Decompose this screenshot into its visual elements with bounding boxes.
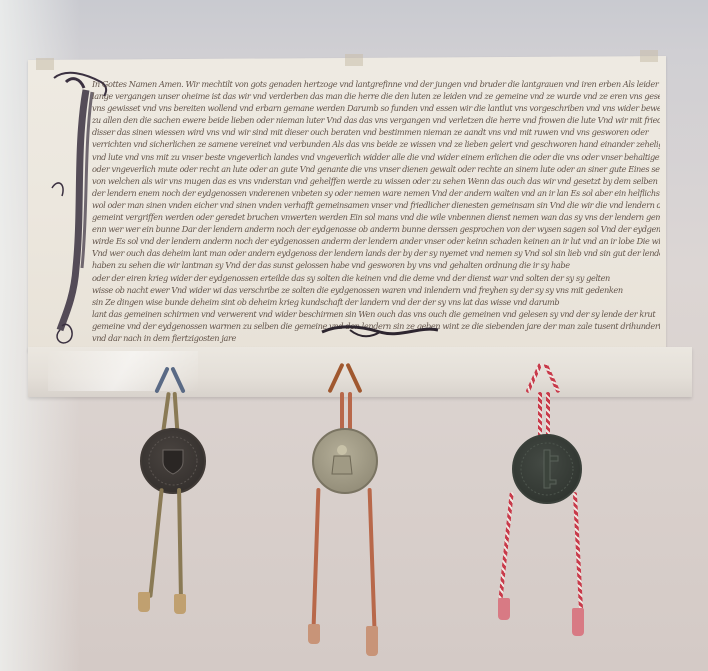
text-line: von welchen als wir vns mugen das es vns… [92, 175, 660, 187]
key-emblem-icon [514, 436, 580, 502]
cord-loop [345, 363, 362, 394]
cord [348, 392, 352, 432]
metal-seal-disc [312, 428, 378, 494]
text-line: lant das gemeinen schirmen vnd verwerent… [92, 308, 660, 320]
seated-figure-emblem-icon [314, 430, 376, 492]
seal-center [300, 362, 400, 662]
cord [340, 392, 344, 432]
tassel [174, 594, 186, 614]
cord-loop [170, 366, 185, 393]
cord [148, 488, 163, 598]
shield-emblem-icon [142, 430, 204, 492]
text-line: zu allen den die sachen ewere beide lieb… [92, 114, 660, 126]
tassel [138, 592, 150, 612]
text-line: haben zu sehen die wir lantman sy Vnd de… [92, 259, 660, 271]
cord [368, 488, 377, 628]
seal-right [492, 362, 602, 642]
charter-text-block: In Gottes Namen Amen. Wir mechtilt von g… [92, 78, 660, 344]
cord [177, 488, 183, 598]
text-line: sin Ze dingen wise bunde deheim sint ob … [92, 296, 660, 308]
wax-seal-disc [512, 434, 582, 504]
text-line: vns gewisset vnd vns bereiten wollend vn… [92, 102, 660, 114]
cord-loop [543, 363, 560, 394]
cord [546, 392, 550, 436]
text-line: wisse ob nacht ewer Vnd wider wi das ver… [92, 284, 660, 296]
cord [498, 492, 513, 602]
cord-loop [525, 363, 542, 394]
cord-loop [327, 363, 344, 394]
text-line: wol oder man sinen vnden eicher vnd sine… [92, 199, 660, 211]
closing-flourish [320, 322, 440, 344]
tassel [498, 598, 510, 620]
text-line: wirde Es sol vnd der lendern anderm noch… [92, 235, 660, 247]
tassel [572, 608, 584, 636]
mount-clip [345, 54, 363, 66]
text-line: oder vngeverlich mute oder recht an lute… [92, 163, 660, 175]
cord [573, 492, 583, 612]
text-line: vnd lute vnd vns mit zu vnser beste vnge… [92, 151, 660, 163]
text-line: gemeint vergriffen werden oder geredet b… [92, 211, 660, 223]
text-line: verrichten vnd sicherlichen ze samene ve… [92, 138, 660, 150]
text-line: In Gottes Namen Amen. Wir mechtilt von g… [92, 78, 660, 90]
text-line: enn wer wer ein bunne Dar der lendern an… [92, 223, 660, 235]
text-line: oder der eiren krieg wider der eydgenoss… [92, 272, 660, 284]
cord [538, 392, 542, 436]
tassel [308, 624, 320, 644]
text-line: der lendern enem noch der eydgenossen vn… [92, 187, 660, 199]
text-line: disser das sinen wiessen wird vns vnd wi… [92, 126, 660, 138]
text-line: lange vergangen unser oheime ist das wir… [92, 90, 660, 102]
seal-left [130, 366, 210, 616]
wax-seal-disc [140, 428, 206, 494]
cord [312, 488, 321, 628]
cord [173, 392, 180, 432]
tassel [366, 626, 378, 656]
cord [161, 392, 171, 432]
text-line: Vnd wer ouch das deheim lant man oder an… [92, 247, 660, 259]
mount-clip [640, 50, 658, 62]
cord-loop [154, 366, 169, 393]
